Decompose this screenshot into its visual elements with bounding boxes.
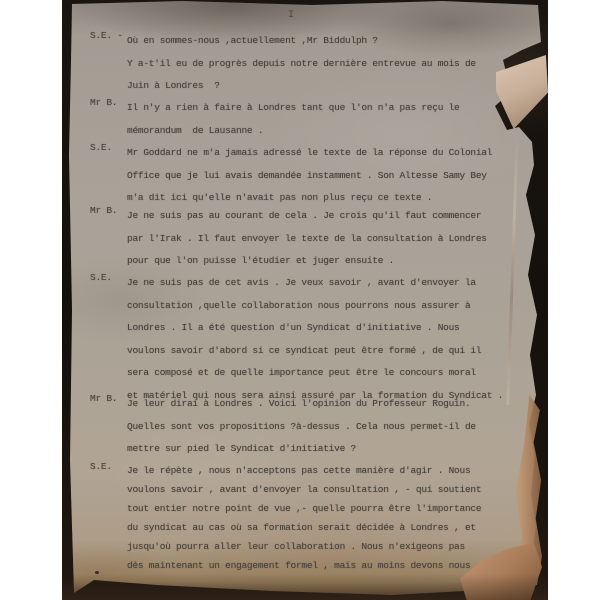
dialogue-line: Mr Goddard ne m'a jamais adressé le text… (127, 142, 527, 165)
dialogue-lines: Je leur dirai à Londres . Voici l'opinio… (127, 393, 527, 461)
dialogue-line: Londres . Il a été question d'un Syndica… (127, 317, 527, 340)
dialogue-line: tout entier notre point de vue ,- quelle… (127, 499, 527, 518)
dialogue-line: consultation ,quelle collaboration nous … (127, 295, 527, 318)
dialogue-lines: Il n'y a rien à faire à Londres tant que… (127, 97, 527, 142)
dialogue-lines: Je ne suis pas de cet avis . Je veux sav… (127, 272, 527, 407)
dialogue-line: Office que je lui avais demandée instamm… (127, 165, 527, 188)
dialogue-line: Je ne suis pas au courant de cela . Je c… (127, 205, 527, 228)
speaker-label: Mr B. (90, 205, 117, 216)
dialogue-line: sera composé et de quelle importance peu… (127, 362, 527, 385)
speaker-label: S.E. - (90, 30, 123, 41)
dialogue-line: mettre sur pied le Syndicat d'initiative… (127, 438, 527, 461)
dialogue-line: Juin à Londres ? (127, 75, 527, 98)
dialogue-lines: Je ne suis pas au courant de cela . Je c… (127, 205, 527, 273)
speaker-label: S.E. (90, 461, 112, 472)
dialogue-line: voulons savoir , avant d'envoyer la cons… (127, 480, 527, 499)
dialogue-line: Quelles sont vos propositions ?à-dessus … (127, 416, 527, 439)
dialogue-line: Je le répète , nous n'acceptons pas cett… (127, 461, 527, 480)
dialogue-lines: Mr Goddard ne m'a jamais adressé le text… (127, 142, 527, 210)
dialogue-line: Y a-t'il eu de progrès depuis notre dern… (127, 53, 527, 76)
dialogue-lines: Je le répète , nous n'acceptons pas cett… (127, 461, 527, 575)
text-layer: I S.E. -Où en sommes-nous ,actuellement … (62, 0, 548, 600)
dialogue-line: Je leur dirai à Londres . Voici l'opinio… (127, 393, 527, 416)
dialogue-line: dès maintenant un engagement formel , ma… (127, 556, 527, 575)
dialogue-line: jusqu'où pourra aller leur collaboration… (127, 537, 527, 556)
speaker-label: Mr B. (90, 97, 117, 108)
dialogue-line: voulons savoir d'abord si ce syndicat pe… (127, 340, 527, 363)
speaker-label: S.E. (90, 142, 112, 153)
speaker-label: Mr B. (90, 393, 117, 404)
dialogue-line: pour que l'on puisse l'étudier et juger … (127, 250, 527, 273)
speaker-label: S.E. (90, 272, 112, 283)
dialogue-line: Où en sommes-nous ,actuellement ,Mr Bidd… (127, 30, 527, 53)
scanned-document-photo: I S.E. -Où en sommes-nous ,actuellement … (62, 0, 548, 600)
dialogue-line: mémorandum de Lausanne . (127, 120, 527, 143)
dialogue-lines: Où en sommes-nous ,actuellement ,Mr Bidd… (127, 30, 527, 98)
page-number: I (288, 10, 294, 21)
dialogue-line: Je ne suis pas de cet avis . Je veux sav… (127, 272, 527, 295)
dialogue-line: du syndicat au cas où sa formation serai… (127, 518, 527, 537)
dialogue-line: Il n'y a rien à faire à Londres tant que… (127, 97, 527, 120)
dialogue-line: par l'Irak . Il faut envoyer le texte de… (127, 228, 527, 251)
